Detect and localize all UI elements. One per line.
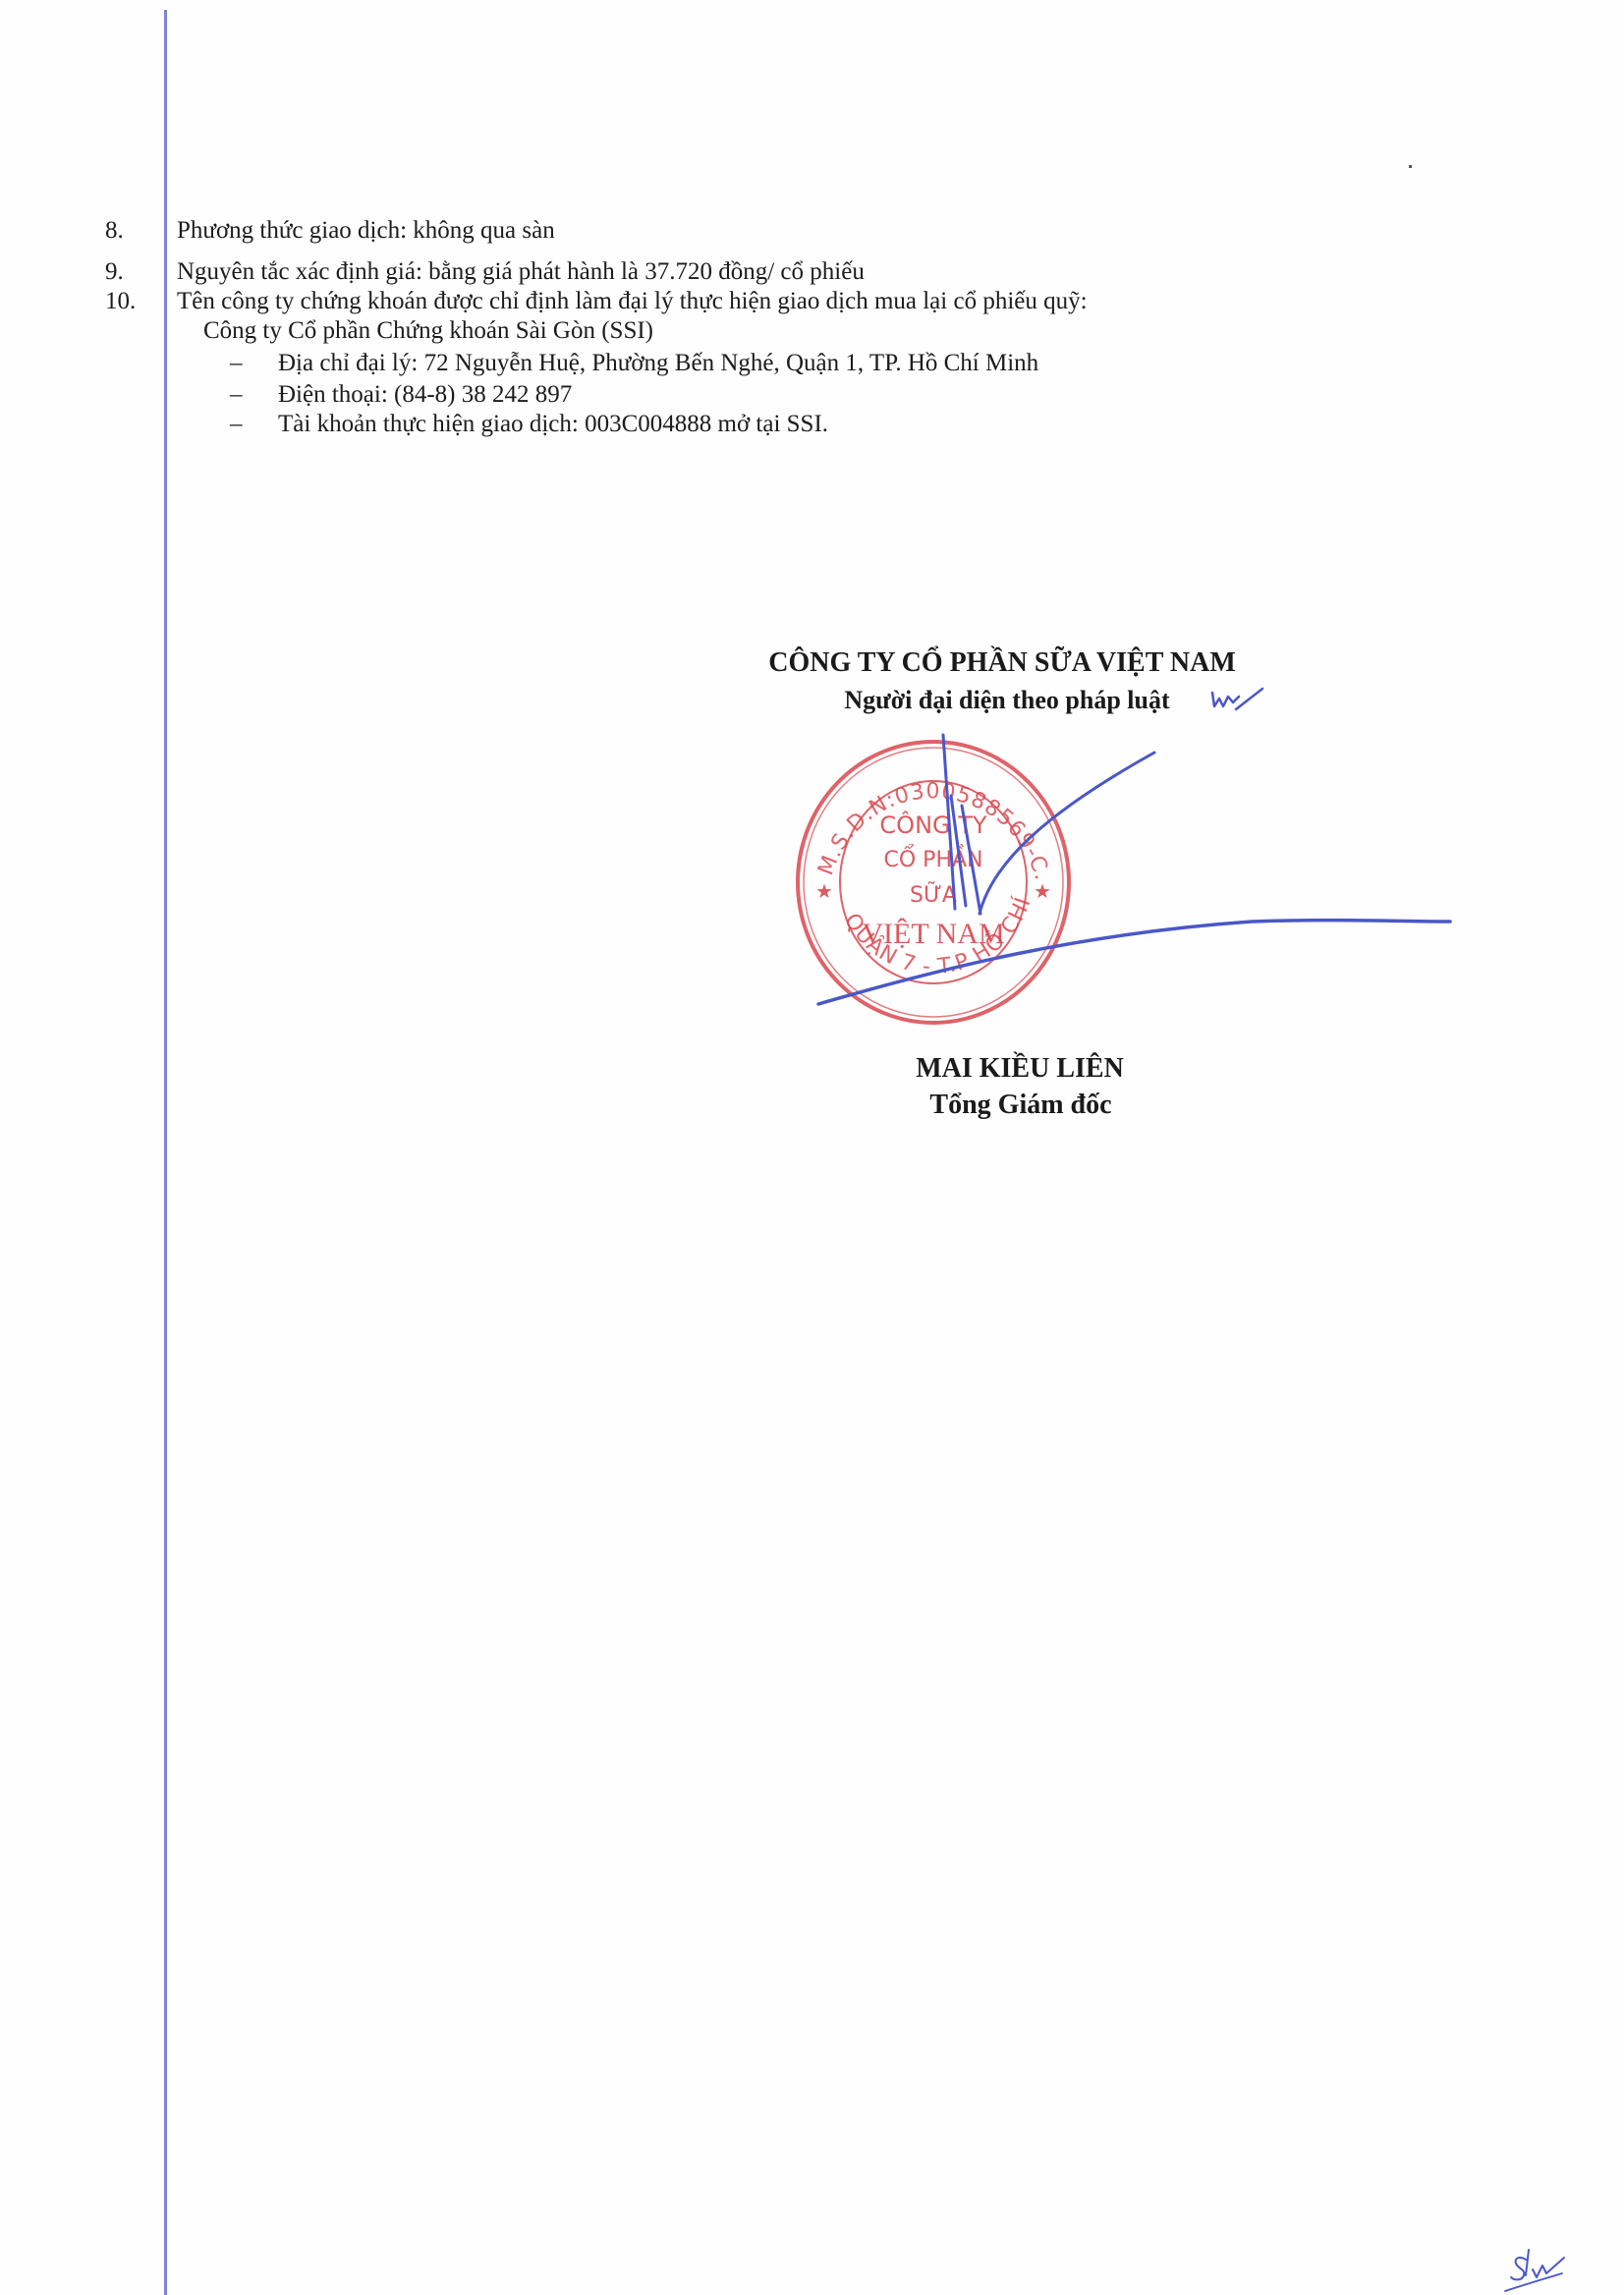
svg-text:VIỆT NAM: VIỆT NAM xyxy=(862,918,1004,950)
dash-bullet: – xyxy=(230,380,243,410)
margin-line xyxy=(164,10,167,2295)
item-text-securities-company: Tên công ty chứng khoán được chỉ định là… xyxy=(177,287,1088,316)
agent-phone: Điện thoại: (84-8) 38 242 897 xyxy=(278,380,572,410)
agent-account: Tài khoản thực hiện giao dịch: 003C00488… xyxy=(278,410,828,439)
agent-company-name: Công ty Cổ phần Chứng khoán Sài Gòn (SSI… xyxy=(203,316,653,346)
dash-bullet: – xyxy=(230,349,243,378)
item-number: 9. xyxy=(105,257,124,287)
svg-text:CÔNG TY: CÔNG TY xyxy=(879,810,986,839)
svg-text:★: ★ xyxy=(815,879,833,903)
document-page: 8. Phương thức giao dịch: không qua sàn … xyxy=(0,0,1624,2295)
item-number: 8. xyxy=(105,216,124,246)
dash-bullet: – xyxy=(230,410,243,439)
item-text-pricing-principle: Nguyên tắc xác định giá: bằng giá phát h… xyxy=(177,257,865,287)
company-seal-icon: M.S.D.N:0300588569-C.T.C.P QUẬN 7 - T.P … xyxy=(791,735,1076,1030)
signatory-company: CÔNG TY CỔ PHẦN SỮA VIỆT NAM xyxy=(768,646,1236,680)
agent-address: Địa chỉ đại lý: 72 Nguyễn Huệ, Phường Bế… xyxy=(278,349,1038,378)
svg-text:SỮA: SỮA xyxy=(910,881,957,908)
scan-speck xyxy=(1409,165,1412,168)
signatory-role: Người đại diện theo pháp luật xyxy=(844,685,1169,716)
signer-name: MAI KIỀU LIÊN xyxy=(916,1052,1124,1086)
item-text-transaction-method: Phương thức giao dịch: không qua sàn xyxy=(177,216,555,246)
svg-text:★: ★ xyxy=(1034,879,1051,903)
signer-title: Tổng Giám đốc xyxy=(929,1089,1111,1122)
item-number: 10. xyxy=(105,287,136,316)
svg-text:CỔ PHẦN: CỔ PHẦN xyxy=(884,844,983,872)
